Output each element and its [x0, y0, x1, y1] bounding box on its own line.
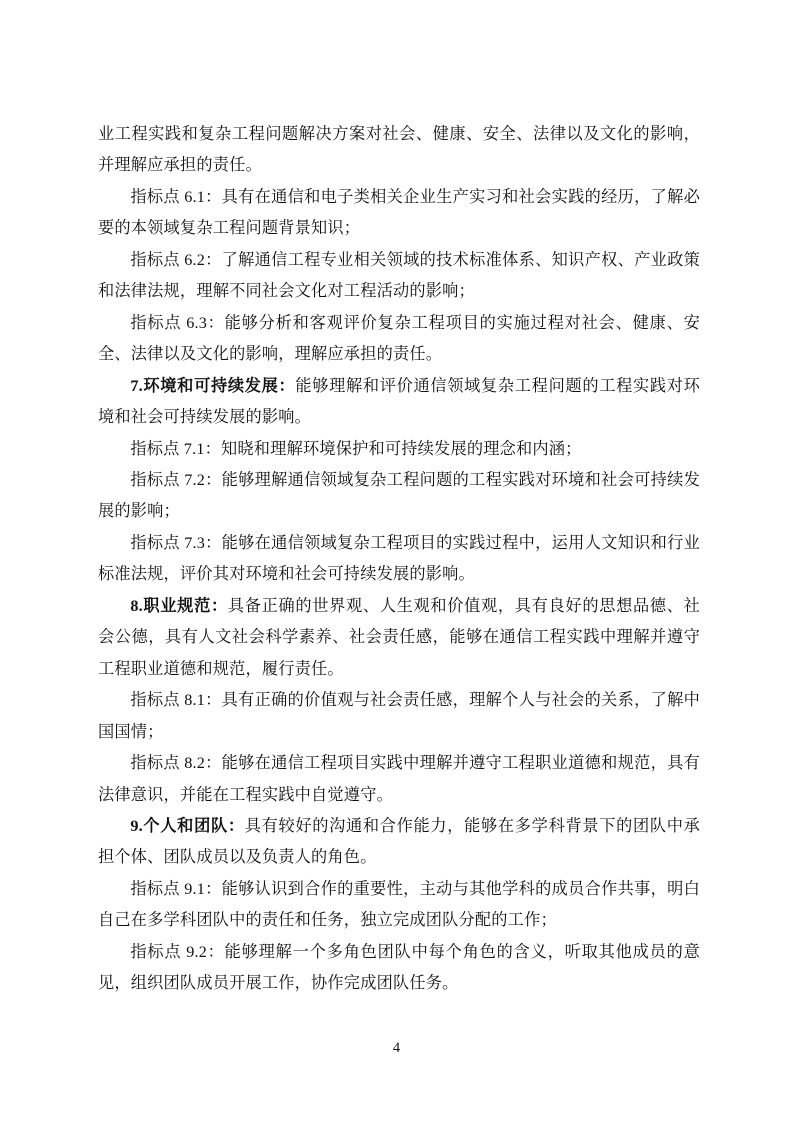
page-footer: 4 — [0, 1040, 793, 1057]
paragraph-text: 指标点 9.2：能够理解一个多角色团队中每个角色的含义，听取其他成员的意见，组织… — [98, 943, 700, 992]
paragraph-lead: 7.环境和可持续发展： — [130, 377, 295, 395]
paragraph-text: 指标点 6.1：具有在通信和电子类相关企业生产实习和社会实践的经历，了解必要的本… — [98, 188, 700, 237]
paragraph: 业工程实践和复杂工程问题解决方案对社会、健康、安全、法律以及文化的影响，并理解应… — [98, 119, 700, 182]
paragraph: 8.职业规范：具备正确的世界观、人生观和价值观，具有良好的思想品德、社会公德，具… — [98, 591, 700, 685]
paragraph: 指标点 6.2：了解通信工程专业相关领域的技术标准体系、知识产权、产业政策和法律… — [98, 245, 700, 308]
paragraph-text: 指标点 7.1：知晓和理解环境保护和可持续发展的理念和内涵； — [130, 440, 581, 458]
paragraph: 指标点 9.1：能够认识到合作的重要性，主动与其他学科的成员合作共事，明白自己在… — [98, 874, 700, 937]
paragraph: 9.个人和团队：具有较好的沟通和合作能力，能够在多学科背景下的团队中承担个体、团… — [98, 811, 700, 874]
paragraph: 指标点 8.1：具有正确的价值观与社会责任感，理解个人与社会的关系，了解中国国情… — [98, 685, 700, 748]
paragraph: 指标点 8.2：能够在通信工程项目实践中理解并遵守工程职业道德和规范，具有法律意… — [98, 748, 700, 811]
paragraph-lead: 9.个人和团队： — [130, 817, 244, 835]
document-page: 业工程实践和复杂工程问题解决方案对社会、健康、安全、法律以及文化的影响，并理解应… — [0, 0, 793, 1122]
paragraph-text: 业工程实践和复杂工程问题解决方案对社会、健康、安全、法律以及文化的影响，并理解应… — [98, 125, 700, 174]
document-body: 业工程实践和复杂工程问题解决方案对社会、健康、安全、法律以及文化的影响，并理解应… — [98, 119, 700, 1000]
paragraph-text: 指标点 9.1：能够认识到合作的重要性，主动与其他学科的成员合作共事，明白自己在… — [98, 880, 700, 929]
paragraph-text: 指标点 8.2：能够在通信工程项目实践中理解并遵守工程职业道德和规范，具有法律意… — [98, 754, 700, 803]
paragraph-text: 指标点 7.2：能够理解通信领域复杂工程问题的工程实践对环境和社会可持续发展的影… — [98, 471, 700, 520]
paragraph-text: 指标点 6.2：了解通信工程专业相关领域的技术标准体系、知识产权、产业政策和法律… — [98, 251, 700, 300]
paragraph: 7.环境和可持续发展：能够理解和评价通信领域复杂工程问题的工程实践对环境和社会可… — [98, 371, 700, 434]
paragraph: 指标点 7.2：能够理解通信领域复杂工程问题的工程实践对环境和社会可持续发展的影… — [98, 465, 700, 528]
paragraph: 指标点 9.2：能够理解一个多角色团队中每个角色的含义，听取其他成员的意见，组织… — [98, 937, 700, 1000]
paragraph-text: 指标点 6.3：能够分析和客观评价复杂工程项目的实施过程对社会、健康、安全、法律… — [98, 314, 700, 363]
paragraph-lead: 8.职业规范： — [130, 597, 227, 615]
paragraph: 指标点 7.3：能够在通信领域复杂工程项目的实践过程中，运用人文知识和行业标准法… — [98, 528, 700, 591]
page-number: 4 — [393, 1040, 400, 1056]
paragraph: 指标点 6.3：能够分析和客观评价复杂工程项目的实施过程对社会、健康、安全、法律… — [98, 308, 700, 371]
paragraph-text: 指标点 7.3：能够在通信领域复杂工程项目的实践过程中，运用人文知识和行业标准法… — [98, 534, 700, 583]
paragraph-text: 指标点 8.1：具有正确的价值观与社会责任感，理解个人与社会的关系，了解中国国情… — [98, 691, 700, 740]
paragraph: 指标点 6.1：具有在通信和电子类相关企业生产实习和社会实践的经历，了解必要的本… — [98, 182, 700, 245]
paragraph: 指标点 7.1：知晓和理解环境保护和可持续发展的理念和内涵； — [98, 434, 700, 465]
